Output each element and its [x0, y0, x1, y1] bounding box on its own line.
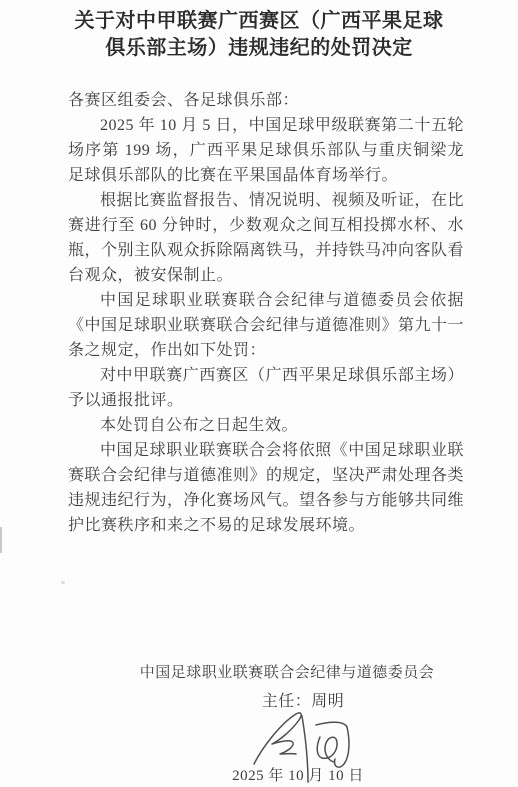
- scan-artifact-edge: [0, 527, 2, 553]
- paragraph-match-info: 2025 年 10 月 5 日，中国足球甲级联赛第二十五轮场序第 199 场，广…: [68, 113, 464, 188]
- document-title: 关于对中甲联赛广西赛区（广西平果足球俱乐部主场）违规违纪的处罚决定: [68, 8, 450, 62]
- document-title-line-2: 俱乐部主场）违规违纪的处罚决定: [105, 37, 413, 59]
- paragraph-rule-basis: 中国足球职业联赛联合会纪律与道德委员会依据《中国足球职业联赛联合会纪律与道德准则…: [68, 288, 464, 363]
- document-body: 各赛区组委会、各足球俱乐部： 2025 年 10 月 5 日，中国足球甲级联赛第…: [68, 88, 464, 538]
- signature-organization: 中国足球职业联赛联合会纪律与道德委员会: [28, 661, 518, 682]
- document-page: 关于对中甲联赛广西赛区（广西平果足球俱乐部主场）违规违纪的处罚决定 各赛区组委会…: [0, 0, 518, 787]
- scan-artifact-speck: [61, 581, 65, 584]
- signature-date: 2025 年 10 月 10 日: [39, 764, 518, 785]
- paragraph-effective-date: 本处罚自公布之日起生效。: [68, 413, 464, 438]
- salutation: 各赛区组委会、各足球俱乐部：: [68, 88, 464, 113]
- paragraph-closing-statement: 中国足球职业联赛联合会将依照《中国足球职业联赛联合会纪律与道德准则》的规定，坚决…: [68, 438, 464, 538]
- paragraph-penalty: 对中甲联赛广西赛区（广西平果足球俱乐部主场）予以通报批评。: [68, 363, 464, 413]
- paragraph-incident-description: 根据比赛监督报告、情况说明、视频及听证，在比赛进行至 60 分钟时，少数观众之间…: [68, 188, 464, 288]
- document-title-line-1: 关于对中甲联赛广西赛区（广西平果足球: [75, 10, 444, 32]
